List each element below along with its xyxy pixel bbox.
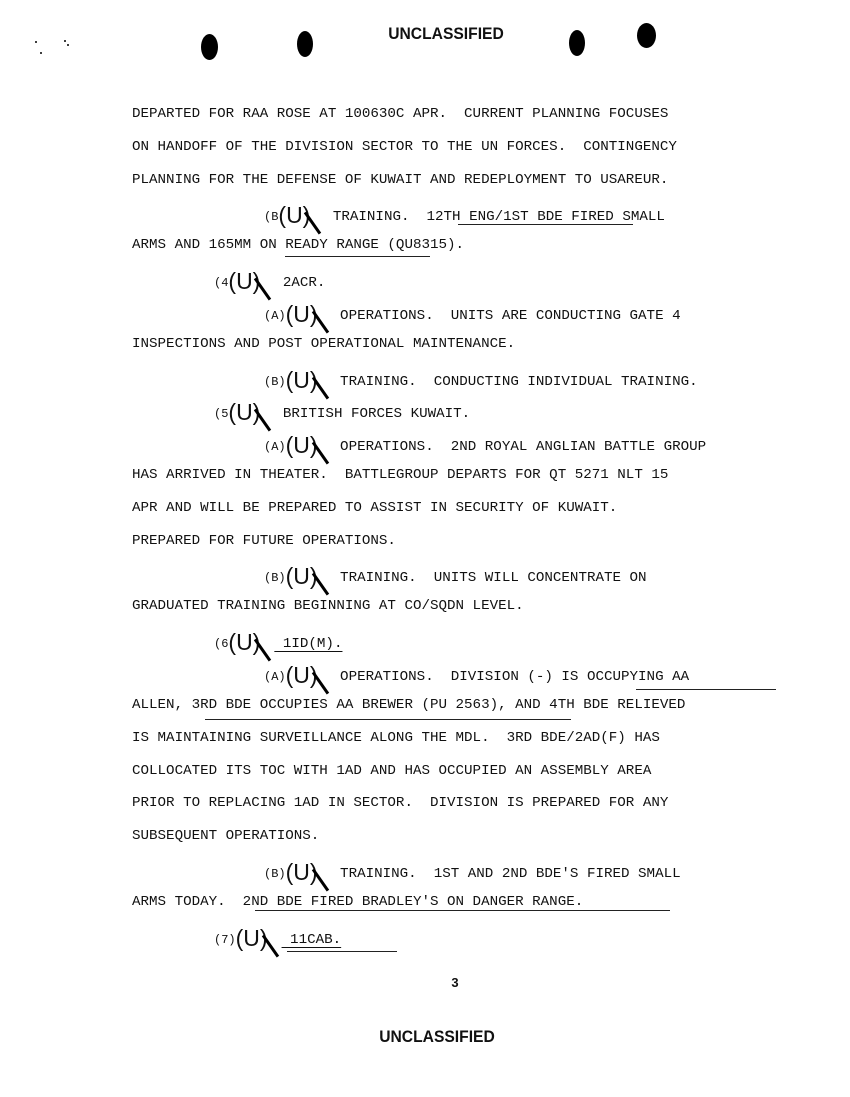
body-line: PREPARED FOR FUTURE OPERATIONS. <box>132 531 396 551</box>
scan-speck <box>64 40 66 42</box>
subparagraph-heading: (A)(U) OPERATIONS. 2ND ROYAL ANGLIAN BAT… <box>264 432 706 452</box>
paragraph-number: (B) <box>264 571 286 585</box>
body-line: IS MAINTAINING SURVEILLANCE ALONG THE MD… <box>132 728 660 748</box>
body-line: HAS ARRIVED IN THEATER. BATTLEGROUP DEPA… <box>132 465 668 485</box>
paragraph-text: OPERATIONS. UNITS ARE CONDUCTING GATE 4 <box>332 308 681 324</box>
handwritten-underline <box>285 256 430 257</box>
body-line: GRADUATED TRAINING BEGINNING AT CO/SQDN … <box>132 596 524 616</box>
paragraph-number: (B) <box>264 867 286 881</box>
paragraph-number: (B) <box>264 375 286 389</box>
paragraph-number: (6 <box>214 637 228 651</box>
body-line: ALLEN, 3RD BDE OCCUPIES AA BREWER (PU 25… <box>132 695 685 715</box>
paragraph-number: (A) <box>264 440 286 454</box>
paragraph-text: 11CAB. <box>282 932 342 948</box>
body-line: COLLOCATED ITS TOC WITH 1AD AND HAS OCCU… <box>132 761 651 781</box>
scan-speck <box>35 41 37 43</box>
subparagraph-heading: (A)(U) OPERATIONS. DIVISION (-) IS OCCUP… <box>264 662 689 682</box>
subparagraph-heading: (A)(U) OPERATIONS. UNITS ARE CONDUCTING … <box>264 301 681 321</box>
body-line: ARMS TODAY. 2ND BDE FIRED BRADLEY'S ON D… <box>132 892 583 912</box>
punch-hole <box>201 34 218 60</box>
page-number: 3 <box>0 975 850 990</box>
paragraph-text: 1ID(M). <box>274 636 342 652</box>
paragraph-text: TRAINING. CONDUCTING INDIVIDUAL TRAINING… <box>332 374 698 390</box>
body-line: SUBSEQUENT OPERATIONS. <box>132 826 319 846</box>
paragraph-text: 2ACR. <box>274 275 325 291</box>
handwritten-underline <box>636 689 776 690</box>
handwritten-underline <box>287 951 397 952</box>
paragraph-number: (4 <box>214 276 228 290</box>
body-line: ARMS AND 165MM ON READY RANGE (QU8315). <box>132 235 464 255</box>
subparagraph-heading: (B)(U) TRAINING. UNITS WILL CONCENTRATE … <box>264 563 647 583</box>
paragraph-heading: (6(U) 1ID(M). <box>214 629 342 649</box>
paragraph-text: BRITISH FORCES KUWAIT. <box>274 406 470 422</box>
paragraph-heading: (7)(U) 11CAB. <box>214 925 341 945</box>
punch-hole <box>637 23 656 48</box>
header-classification: UNCLASSIFIED <box>55 24 837 44</box>
body-line: ON HANDOFF OF THE DIVISION SECTOR TO THE… <box>132 137 677 157</box>
punch-hole <box>297 31 313 57</box>
body-line: INSPECTIONS AND POST OPERATIONAL MAINTEN… <box>132 334 515 354</box>
handwritten-underline <box>458 224 633 225</box>
paragraph-text: TRAINING. UNITS WILL CONCENTRATE ON <box>332 570 647 586</box>
paragraph-heading: (4(U) 2ACR. <box>214 268 325 288</box>
body-line: DEPARTED FOR RAA ROSE AT 100630C APR. CU… <box>132 104 668 124</box>
subparagraph-heading: (B(U) TRAINING. 12TH ENG/1ST BDE FIRED S… <box>264 202 665 222</box>
paragraph-text: OPERATIONS. 2ND ROYAL ANGLIAN BATTLE GRO… <box>332 439 707 455</box>
paragraph-number: (A) <box>264 309 286 323</box>
paragraph-number: (A) <box>264 670 286 684</box>
paragraph-text: TRAINING. 1ST AND 2ND BDE'S FIRED SMALL <box>332 866 681 882</box>
scan-speck <box>40 52 42 54</box>
punch-hole <box>569 30 585 56</box>
footer-classification: UNCLASSIFIED <box>46 1027 828 1047</box>
body-line: PRIOR TO REPLACING 1AD IN SECTOR. DIVISI… <box>132 793 668 813</box>
body-line: PLANNING FOR THE DEFENSE OF KUWAIT AND R… <box>132 170 668 190</box>
paragraph-text: OPERATIONS. DIVISION (-) IS OCCUPYING AA <box>332 669 690 685</box>
paragraph-number: (B <box>264 210 278 224</box>
paragraph-number: (7) <box>214 933 236 947</box>
subparagraph-heading: (B)(U) TRAINING. CONDUCTING INDIVIDUAL T… <box>264 367 698 387</box>
paragraph-number: (5 <box>214 407 228 421</box>
subparagraph-heading: (B)(U) TRAINING. 1ST AND 2ND BDE'S FIRED… <box>264 859 681 879</box>
handwritten-underline <box>205 719 571 720</box>
scan-speck <box>67 44 69 46</box>
body-line: APR AND WILL BE PREPARED TO ASSIST IN SE… <box>132 498 617 518</box>
paragraph-heading: (5(U) BRITISH FORCES KUWAIT. <box>214 399 470 419</box>
handwritten-underline <box>255 910 670 911</box>
paragraph-text: TRAINING. 12TH ENG/1ST BDE FIRED SMALL <box>324 209 665 225</box>
